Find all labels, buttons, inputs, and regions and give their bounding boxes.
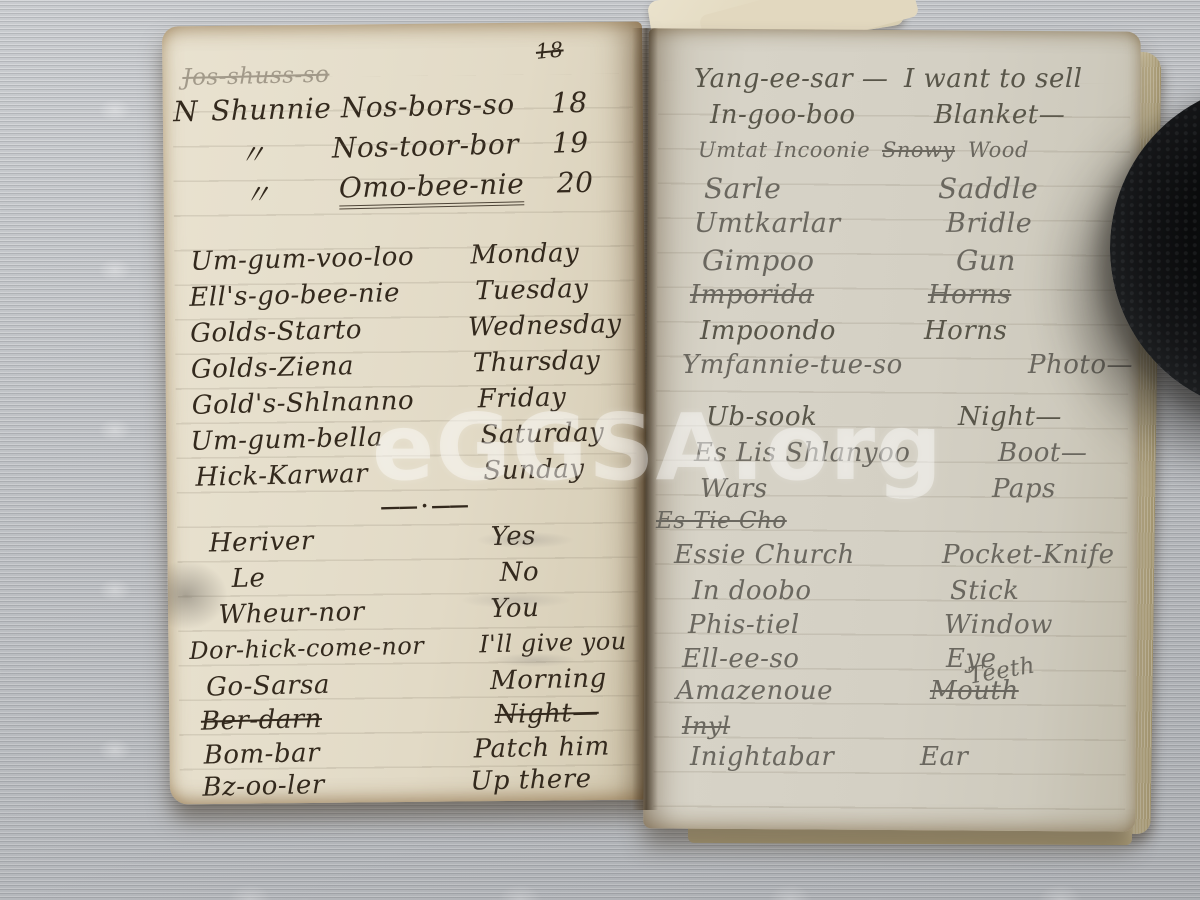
ditto-mark: 〃 xyxy=(238,133,267,174)
header-line: 〃 Nos-toor-bor 19 xyxy=(160,125,641,172)
english-word: Saddle xyxy=(938,172,1038,205)
zulu-word: Yang-ee-sar — xyxy=(694,64,888,94)
zulu-word-crossed: Ber-darn xyxy=(201,704,323,737)
zulu-word-crossed: Inyl xyxy=(682,712,730,740)
zulu-word: Nos-toor-bor xyxy=(332,127,520,164)
english-word: Horns xyxy=(924,316,1007,346)
english-word: You xyxy=(490,593,539,624)
english-word: Saturday xyxy=(480,418,604,451)
date-number: 19 xyxy=(552,126,589,160)
zulu-word: Golds-Ziena xyxy=(191,351,355,385)
english-word: Boot— xyxy=(998,438,1087,468)
ditto-mark: N xyxy=(173,95,199,129)
note-text: Wood xyxy=(968,138,1029,162)
date-number: 18 xyxy=(551,86,588,120)
zulu-word: Dor-hick-come-nor xyxy=(189,632,424,665)
zulu-word: Le xyxy=(231,563,265,594)
zulu-word: Ell-ee-so xyxy=(682,644,799,674)
entry-row: Ymfannie-tue-so Photo— xyxy=(646,350,1138,386)
right-page-content: Yang-ee-sar — I want to sell In-goo-boo … xyxy=(646,30,1138,830)
english-word: Paps xyxy=(992,474,1056,504)
entry-row: Wars Paps xyxy=(646,474,1138,510)
entry-row: Es Lis Shlanyoo Boot— xyxy=(646,438,1138,474)
english-word: Thursday xyxy=(473,346,601,379)
zulu-word: Umtkarlar xyxy=(694,208,841,239)
english-word: Wednesday xyxy=(468,309,622,342)
english-word-crossed: Night— xyxy=(495,698,600,730)
english-word: Window xyxy=(944,610,1053,640)
zulu-word: Go-Sarsa xyxy=(206,670,330,703)
english-word: No xyxy=(499,557,539,588)
entry-row: Phis-tiel Window xyxy=(646,610,1138,646)
entry-row: Inightabar Ear xyxy=(646,742,1138,778)
zulu-word: Ymfannie-tue-so xyxy=(682,350,903,380)
zulu-word-underlined: Omo-bee-nie xyxy=(339,167,525,209)
zulu-word: Sarle xyxy=(704,172,781,205)
entry-row: Essie Church Pocket-Knife xyxy=(646,540,1138,576)
photo-canvas: 18 Jos-shuss-so N Shunnie Nos-bors-so 18… xyxy=(0,0,1200,900)
entry-row: Es Tie Cho xyxy=(646,508,1138,544)
zulu-word-crossed: Imporida xyxy=(690,280,814,310)
divider-mark: —— · —— xyxy=(380,493,467,519)
zulu-word: Wars xyxy=(700,474,768,504)
note-word-crossed: Snowy xyxy=(882,138,955,162)
zulu-word: Bom-bar xyxy=(203,738,320,771)
zulu-word: Phis-tiel xyxy=(688,610,800,640)
left-page-content: 18 Jos-shuss-so N Shunnie Nos-bors-so 18… xyxy=(157,19,655,808)
entry-row: Ell-ee-so Eye xyxy=(646,644,1138,680)
note-text: Umtat Incoonie xyxy=(698,138,870,162)
entry-row: Sarle Saddle xyxy=(646,172,1138,208)
zulu-word: Impoondo xyxy=(700,316,836,346)
english-word: I want to sell xyxy=(904,64,1082,94)
zulu-word: Hick-Karwar xyxy=(195,459,368,493)
english-word: Sunday xyxy=(483,454,585,486)
header-line: 〃 Omo-bee-nie 20 xyxy=(161,165,642,212)
entry-row: Gimpoo Gun xyxy=(646,244,1138,280)
english-word: Up there xyxy=(470,764,592,797)
english-word: Blanket— xyxy=(934,100,1065,130)
zulu-word: In-goo-boo xyxy=(710,100,856,130)
zulu-word: Gold's-Shlnanno xyxy=(191,386,414,421)
entry-row: Imporida Horns xyxy=(646,280,1138,316)
entry-row-corrected: Amazenoue Mouth Teeth xyxy=(646,676,1138,712)
zulu-word: Inightabar xyxy=(690,742,834,772)
zulu-word: Shunnie Nos-bors-so xyxy=(211,87,515,127)
right-page: Yang-ee-sar — I want to sell In-goo-boo … xyxy=(643,28,1141,831)
english-word: Ear xyxy=(920,742,968,772)
zulu-word: Bz-oo-ler xyxy=(202,770,325,803)
english-word: Morning xyxy=(490,664,607,697)
zulu-word: Golds-Starto xyxy=(190,315,362,349)
english-word: I'll give you xyxy=(479,627,627,658)
english-word: Stick xyxy=(950,576,1019,606)
date-number: 20 xyxy=(556,166,593,200)
english-word: Photo— xyxy=(1028,350,1133,380)
zulu-word: Es Lis Shlanyoo xyxy=(694,438,910,468)
zulu-word: Ell's-go-bee-nie xyxy=(189,278,400,313)
entry-row: In-goo-boo Blanket— xyxy=(646,100,1138,136)
left-page: 18 Jos-shuss-so N Shunnie Nos-bors-so 18… xyxy=(162,22,650,805)
entry-row-note: Umtat Incoonie Snowy Wood xyxy=(646,138,1138,174)
english-word: Bridle xyxy=(946,208,1032,239)
zulu-word: Ub-sook xyxy=(706,402,817,432)
english-word: Gun xyxy=(956,244,1016,277)
entry-row: Yang-ee-sar — I want to sell xyxy=(646,64,1138,100)
english-word: Yes xyxy=(490,521,536,552)
zulu-word: Essie Church xyxy=(674,540,855,570)
english-word: Night— xyxy=(958,402,1062,432)
ditto-mark: 〃 xyxy=(243,173,272,214)
entry-row: Umtkarlar Bridle xyxy=(646,208,1138,244)
zulu-word: Amazenoue xyxy=(676,676,833,706)
zulu-word: Gimpoo xyxy=(702,244,815,277)
english-word: Monday xyxy=(470,238,580,270)
zulu-word: In doobo xyxy=(692,576,812,606)
english-word-crossed: Horns xyxy=(928,280,1011,310)
english-word: Pocket-Knife xyxy=(942,540,1115,570)
zulu-word: Um-gum-bella xyxy=(190,423,383,457)
zulu-word-crossed: Es Tie Cho xyxy=(656,508,787,534)
entry-row: Ub-sook Night— xyxy=(646,402,1138,438)
english-word: Tuesday xyxy=(475,274,589,307)
erased-word: Jos-shuss-so xyxy=(182,62,330,91)
zulu-word: Heriver xyxy=(209,526,314,558)
entry-row: In doobo Stick xyxy=(646,576,1138,612)
zulu-word: Um-gum-voo-loo xyxy=(190,242,414,277)
english-word: Patch him xyxy=(473,731,610,764)
english-word: Friday xyxy=(477,382,566,414)
entry-row: Impoondo Horns xyxy=(646,316,1138,352)
zulu-word: Wheur-nor xyxy=(218,597,365,630)
